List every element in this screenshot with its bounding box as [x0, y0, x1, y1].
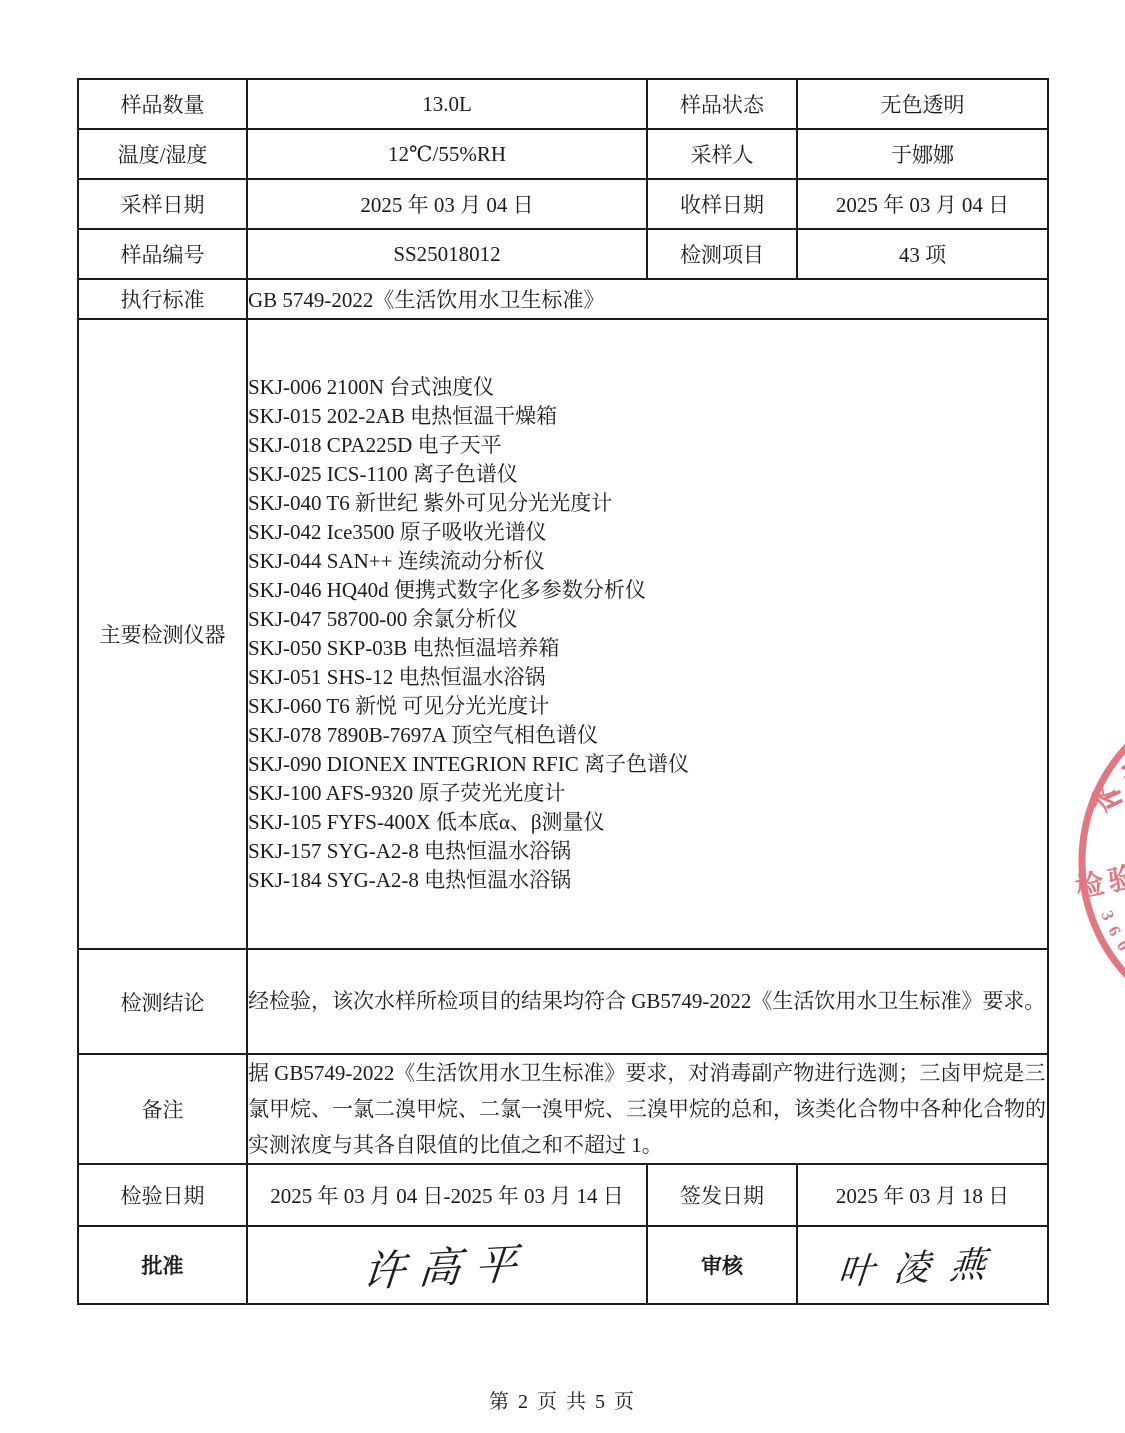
conclusion-text: 经检验，该次水样所检项目的结果均符合 GB5749-2022《生活饮用水卫生标准… [247, 949, 1048, 1054]
instruments-label: 主要检测仪器 [78, 319, 247, 949]
instrument-item: SKJ-040 T6 新世纪 紫外可见分光光度计 [248, 489, 1047, 518]
sample-quantity-label: 样品数量 [78, 79, 247, 129]
reviewer-signature-cell: 叶凌燕 [797, 1226, 1048, 1304]
sample-number-value: SS25018012 [247, 229, 647, 279]
instrument-item: SKJ-046 HQ40d 便携式数字化多参数分析仪 [248, 576, 1047, 605]
table-row: 样品编号 SS25018012 检测项目 43 项 [78, 229, 1048, 279]
inspection-date-value: 2025 年 03 月 04 日-2025 年 03 月 14 日 [247, 1164, 647, 1226]
issue-date-value: 2025 年 03 月 18 日 [797, 1164, 1048, 1226]
standard-label: 执行标准 [78, 279, 247, 319]
temp-humidity-label: 温度/湿度 [78, 129, 247, 179]
instrument-item: SKJ-078 7890B-7697A 顶空气相色谱仪 [248, 721, 1047, 750]
sampling-date-value: 2025 年 03 月 04 日 [247, 179, 647, 229]
instruments-list: SKJ-006 2100N 台式浊度仪SKJ-015 202-2AB 电热恒温干… [247, 319, 1048, 949]
instrument-item: SKJ-100 AFS-9320 原子荧光光度计 [248, 779, 1047, 808]
table-row: 主要检测仪器 SKJ-006 2100N 台式浊度仪SKJ-015 202-2A… [78, 319, 1048, 949]
receiving-date-value: 2025 年 03 月 04 日 [797, 179, 1048, 229]
instrument-item: SKJ-044 SAN++ 连续流动分析仪 [248, 547, 1047, 576]
sample-number-label: 样品编号 [78, 229, 247, 279]
report-page: 样品数量 13.0L 样品状态 无色透明 温度/湿度 12℃/55%RH 采样人… [0, 0, 1125, 1433]
page-number-footer: 第 2 页 共 5 页 [0, 1385, 1125, 1414]
test-items-value: 43 项 [797, 229, 1048, 279]
stamp-ring-icon [1082, 693, 1125, 1029]
instrument-item: SKJ-184 SYG-A2-8 电热恒温水浴锅 [248, 866, 1047, 895]
conclusion-label: 检测结论 [78, 949, 247, 1054]
sampler-value: 于娜娜 [797, 129, 1048, 179]
remark-label: 备注 [78, 1054, 247, 1164]
report-table: 样品数量 13.0L 样品状态 无色透明 温度/湿度 12℃/55%RH 采样人… [77, 78, 1049, 1305]
standard-value: GB 5749-2022《生活饮用水卫生标准》 [247, 279, 1048, 319]
reviewer-signature: 叶凌燕 [836, 1235, 1008, 1295]
instrument-item: SKJ-025 ICS-1100 离子色谱仪 [248, 460, 1047, 489]
sampling-date-label: 采样日期 [78, 179, 247, 229]
table-row: 备注 据 GB5749-2022《生活饮用水卫生标准》要求，对消毒副产物进行选测… [78, 1054, 1048, 1164]
approver-signature-cell: 许高平 [247, 1226, 647, 1304]
instrument-item: SKJ-090 DIONEX INTEGRION RFIC 离子色谱仪 [248, 750, 1047, 779]
temp-humidity-value: 12℃/55%RH [247, 129, 647, 179]
instrument-item: SKJ-018 CPA225D 电子天平 [248, 431, 1047, 460]
table-row: 检测结论 经检验，该次水样所检项目的结果均符合 GB5749-2022《生活饮用… [78, 949, 1048, 1054]
instrument-item: SKJ-042 Ice3500 原子吸收光谱仪 [248, 518, 1047, 547]
test-items-label: 检测项目 [647, 229, 797, 279]
approve-label: 批准 [78, 1226, 247, 1304]
approver-signature: 许高平 [360, 1230, 533, 1299]
instrument-item: SKJ-015 202-2AB 电热恒温干燥箱 [248, 402, 1047, 431]
table-row: 采样日期 2025 年 03 月 04 日 收样日期 2025 年 03 月 0… [78, 179, 1048, 229]
sample-state-value: 无色透明 [797, 79, 1048, 129]
remark-text: 据 GB5749-2022《生活饮用水卫生标准》要求，对消毒副产物进行选测；三卤… [247, 1054, 1048, 1164]
red-seal-stamp: 水 检验 3601 [1060, 680, 1125, 1060]
table-row: 执行标准 GB 5749-2022《生活饮用水卫生标准》 [78, 279, 1048, 319]
instrument-item: SKJ-006 2100N 台式浊度仪 [248, 373, 1047, 402]
sample-state-label: 样品状态 [647, 79, 797, 129]
inspection-date-label: 检验日期 [78, 1164, 247, 1226]
table-row: 检验日期 2025 年 03 月 04 日-2025 年 03 月 14 日 签… [78, 1164, 1048, 1226]
issue-date-label: 签发日期 [647, 1164, 797, 1226]
instrument-item: SKJ-047 58700-00 余氯分析仪 [248, 605, 1047, 634]
instrument-item: SKJ-105 FYFS-400X 低本底α、β测量仪 [248, 808, 1047, 837]
instrument-item: SKJ-050 SKP-03B 电热恒温培养箱 [248, 634, 1047, 663]
instrument-item: SKJ-060 T6 新悦 可见分光光度计 [248, 692, 1047, 721]
table-row: 批准 许高平 审核 叶凌燕 [78, 1226, 1048, 1304]
instrument-item: SKJ-157 SYG-A2-8 电热恒温水浴锅 [248, 837, 1047, 866]
table-row: 样品数量 13.0L 样品状态 无色透明 [78, 79, 1048, 129]
instrument-item: SKJ-051 SHS-12 电热恒温水浴锅 [248, 663, 1047, 692]
receiving-date-label: 收样日期 [647, 179, 797, 229]
table-row: 温度/湿度 12℃/55%RH 采样人 于娜娜 [78, 129, 1048, 179]
sampler-label: 采样人 [647, 129, 797, 179]
sample-quantity-value: 13.0L [247, 79, 647, 129]
review-label: 审核 [647, 1226, 797, 1304]
